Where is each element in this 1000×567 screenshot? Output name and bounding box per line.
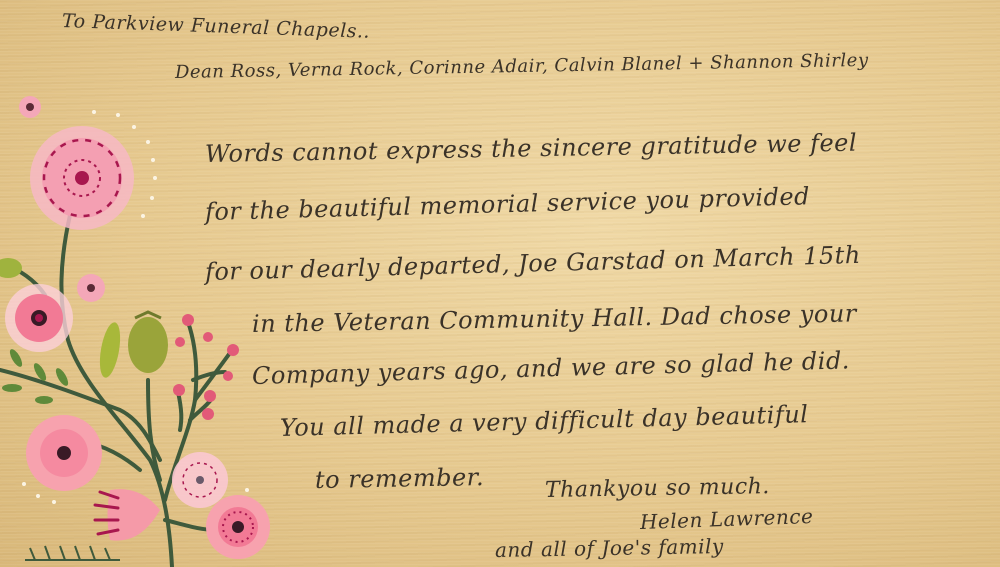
body-line: for our dearly departed, Joe Garstad on … (205, 241, 862, 286)
body-line: You all made a very difficult day beauti… (280, 400, 809, 442)
body-line: Words cannot express the sincere gratitu… (205, 129, 858, 168)
recipients: Dean Ross, Verna Rock, Corinne Adair, Ca… (175, 50, 869, 83)
salutation: To Parkview Funeral Chapels.. (62, 10, 371, 43)
body-line: in the Veteran Community Hall. Dad chose… (252, 299, 857, 338)
signature-family: and all of Joe's family (495, 534, 724, 562)
body-line: Company years ago, and we are so glad he… (252, 346, 851, 390)
body-line: for the beautiful memorial service you p… (205, 182, 811, 226)
thank-you-card: To Parkview Funeral Chapels.. Dean Ross,… (0, 0, 1000, 567)
body-line: to remember. (315, 463, 485, 494)
signature: Helen Lawrence (640, 504, 814, 534)
closing: Thankyou so much. (545, 474, 770, 503)
